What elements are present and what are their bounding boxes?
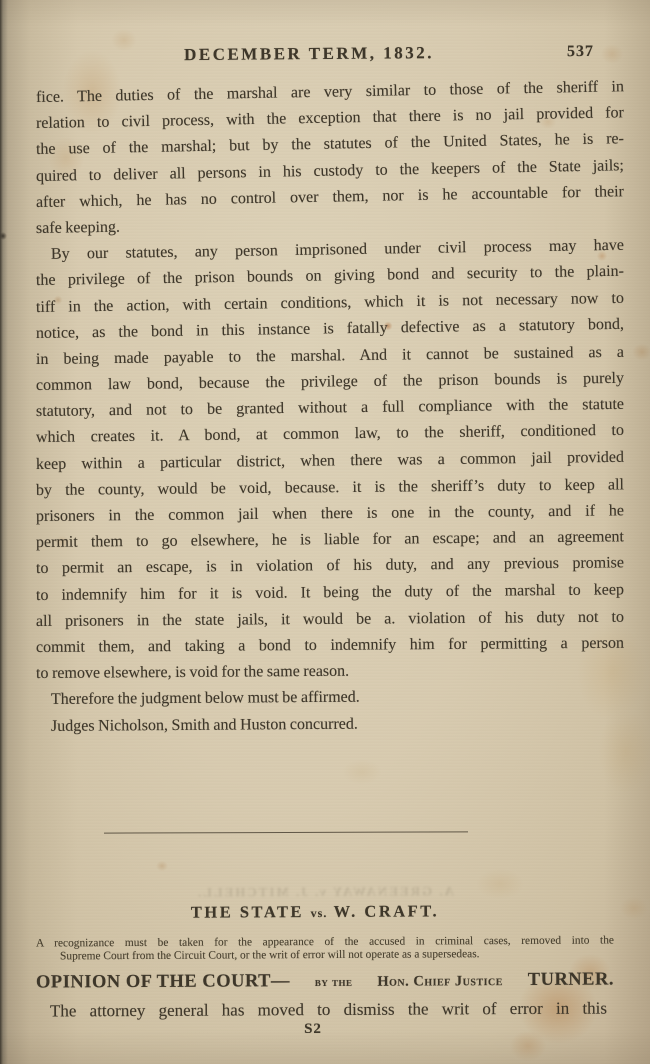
case-party-two: W. CRAFT. bbox=[334, 901, 440, 921]
judgment-line: Therefore the judgment below must be aff… bbox=[36, 683, 624, 713]
case-title: THE STATE vs. W. CRAFT. bbox=[0, 900, 640, 923]
case-party-one: THE STATE bbox=[191, 902, 304, 922]
scanned-book-page: DECEMBER TERM, 1832. 537 fice. The dutie… bbox=[0, 0, 650, 1064]
body-text-line: to indemnify him for it is void. It bein… bbox=[36, 577, 624, 609]
case-syllabus: A recognizance must be taken for the app… bbox=[36, 934, 614, 963]
opinion-heading: OPINION OF THE COURT— by the Hon. Chief … bbox=[36, 969, 614, 993]
versus-abbreviation: vs. bbox=[311, 906, 328, 920]
section-divider-rule bbox=[104, 831, 468, 834]
opinion-heading-judge: TURNER. bbox=[528, 969, 614, 990]
opinion-heading-honorific: Hon. Chief Justice bbox=[377, 973, 503, 991]
opinion-body: fice. The duties of the marshal are very… bbox=[36, 85, 624, 740]
concurrence-line: Judges Nicholson, Smith and Huston concu… bbox=[36, 709, 624, 739]
bleed-through-text: A. GREENAWAY v. J. MITCHELL. bbox=[0, 882, 650, 901]
printer-signature-mark: S2 bbox=[0, 1021, 638, 1038]
opinion-heading-by-the: by the bbox=[315, 975, 353, 990]
syllabus-line: Supreme Court from the Circuit Court, or… bbox=[36, 947, 614, 963]
term-title: DECEMBER TERM, 1832. bbox=[0, 42, 634, 67]
opinion-heading-main: OPINION OF THE COURT— bbox=[36, 971, 290, 993]
running-header: DECEMBER TERM, 1832. 537 bbox=[0, 41, 650, 66]
page-number: 537 bbox=[567, 43, 594, 61]
